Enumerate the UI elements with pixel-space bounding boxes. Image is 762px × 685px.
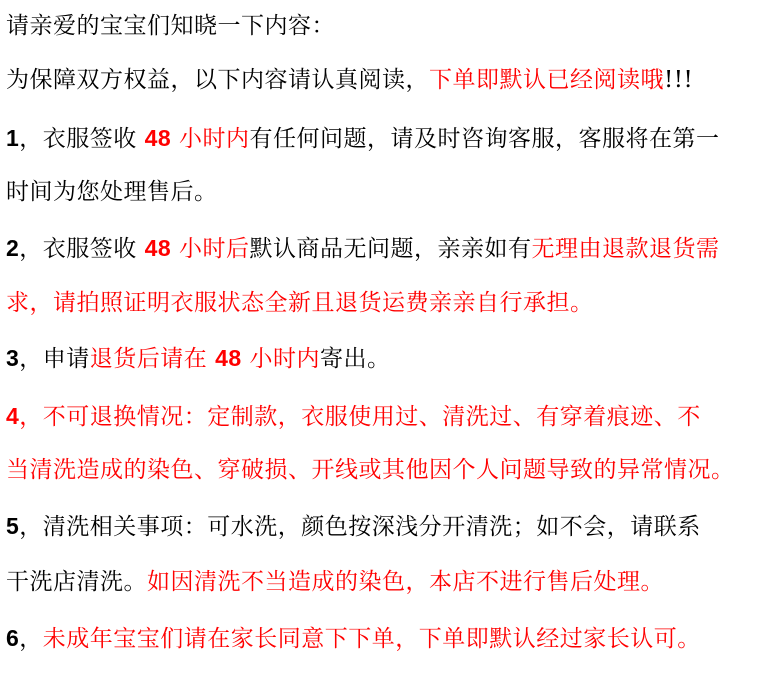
notice-line: 4，不可退换情况：定制款，衣服使用过、清洗过、有穿着痕迹、不 <box>6 401 701 432</box>
body-text: 2 <box>6 235 19 261</box>
highlighted-text: 48 <box>145 235 172 261</box>
highlighted-text: 小时内 <box>242 346 320 372</box>
highlighted-text: 小时后 <box>171 236 249 262</box>
highlighted-text: 退货后请在 <box>90 346 215 372</box>
notice-line: 6，未成年宝宝们请在家长同意下下单，下单即默认经过家长认可。 <box>6 623 701 654</box>
body-text: 干洗店清洗。 <box>6 569 147 595</box>
notice-line: 3，申请退货后请在 48 小时内寄出。 <box>6 343 391 374</box>
highlighted-text: 当清洗造成的染色、穿破损、开线或其他因个人问题导致的异常情况。 <box>6 457 735 483</box>
body-text: 1 <box>6 125 19 151</box>
body-text: ，清洗相关事项：可水洗，颜色按深浅分开清洗；如不会，请联系 <box>19 514 701 540</box>
body-text: 6 <box>6 625 19 651</box>
notice-line: 请亲爱的宝宝们知晓一下内容： <box>6 11 335 41</box>
body-text: ，衣服签收 <box>19 126 144 152</box>
notice-line: 5，清洗相关事项：可水洗，颜色按深浅分开清洗；如不会，请联系 <box>6 511 701 542</box>
highlighted-text: 如因清洗不当造成的染色，本店不进行售后处理。 <box>147 569 664 595</box>
notice-line: 2，衣服签收 48 小时后默认商品无问题，亲亲如有无理由退款退货需 <box>6 233 720 264</box>
body-text: ， <box>19 626 43 652</box>
highlighted-text: ，不可退换情况：定制款，衣服使用过、清洗过、有穿着痕迹、不 <box>19 404 701 430</box>
body-text: ，申请 <box>19 346 90 372</box>
notice-line: 时间为您处理售后。 <box>6 177 218 207</box>
highlighted-text: 4 <box>6 403 19 429</box>
highlighted-text: 未成年宝宝们请在家长同意下下单，下单即默认经过家长认可。 <box>43 626 701 652</box>
notice-line: 为保障双方权益，以下内容请认真阅读，下单即默认已经阅读哦!!! <box>6 65 693 95</box>
highlighted-text: 小时内 <box>171 126 249 152</box>
highlighted-text: 求，请拍照证明衣服状态全新且退货运费亲亲自行承担。 <box>6 290 594 316</box>
notice-line: 求，请拍照证明衣服状态全新且退货运费亲亲自行承担。 <box>6 288 594 318</box>
body-text: 请亲爱的宝宝们知晓一下内容： <box>6 13 335 39</box>
highlighted-text: 48 <box>145 125 172 151</box>
highlighted-text: 48 <box>215 345 242 371</box>
highlighted-text: 下单即默认已经阅读哦 <box>429 67 664 93</box>
body-text: 时间为您处理售后。 <box>6 179 218 205</box>
highlighted-text: 无理由退款退货需 <box>532 236 720 262</box>
notice-line: 当清洗造成的染色、穿破损、开线或其他因个人问题导致的异常情况。 <box>6 455 735 485</box>
body-text: 为保障双方权益，以下内容请认真阅读， <box>6 67 429 93</box>
body-text: ，衣服签收 <box>19 236 144 262</box>
notice-line: 干洗店清洗。如因清洗不当造成的染色，本店不进行售后处理。 <box>6 567 664 597</box>
body-text: 5 <box>6 513 19 539</box>
body-text: !!! <box>664 67 693 93</box>
body-text: 默认商品无问题，亲亲如有 <box>250 236 532 262</box>
notice-line: 1，衣服签收 48 小时内有任何问题，请及时咨询客服，客服将在第一 <box>6 123 720 154</box>
body-text: 3 <box>6 345 19 371</box>
body-text: 寄出。 <box>320 346 391 372</box>
body-text: 有任何问题，请及时咨询客服，客服将在第一 <box>250 126 720 152</box>
